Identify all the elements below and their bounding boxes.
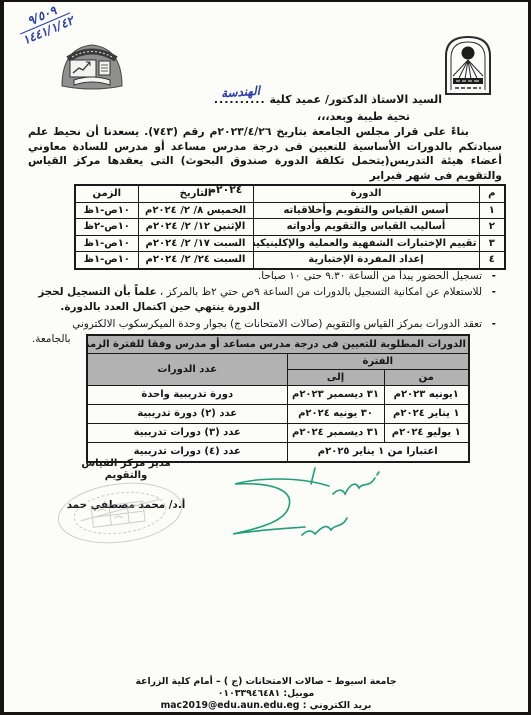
- cell-to: ٣١ ديسمبر ٢٠٢٤م: [287, 424, 384, 443]
- cell-to: ٣١ ديسمبر ٢٠٢٣م: [287, 386, 384, 405]
- note-text: للاستعلام عن امكانية التسجيل بالدورات من…: [38, 286, 482, 298]
- cell-course: تقييم الإختبارات الشفهية والعملية والإكل…: [253, 235, 479, 252]
- footer-email-address: mac2019@edu.aun.edu.eg: [161, 700, 300, 711]
- table-row: ١ يوليو ٢٠٢٤م ٣١ ديسمبر ٢٠٢٤م عدد (٣) دو…: [87, 424, 469, 443]
- cell-from: ١ يناير ٢٠٢٤م: [384, 405, 469, 424]
- cell-from: ١يونيه ٢٠٢٣م: [384, 386, 469, 405]
- handwritten-college-name: الهندسة: [220, 84, 260, 101]
- cell-date: الخميس ٨/ ٢/ ٢٠٢٤م: [138, 202, 253, 219]
- handwritten-signature: [197, 448, 477, 557]
- cell-course: إعداد المفردة الإختبارية: [253, 252, 479, 269]
- addressee-dotted-blank: .......... الهندسة: [214, 93, 266, 106]
- note-text-bold: علماً بأن التسجيل لحجز: [38, 286, 156, 298]
- cell-count: دورة تدريبية واحدة: [87, 386, 287, 405]
- required-courses-table: الدورات المطلوبة للتعيين فى درجة مدرس مس…: [86, 334, 470, 463]
- note-item: - للاستعلام عن امكانية التسجيل بالدورات …: [32, 285, 498, 315]
- table-row: ٣ تقييم الإختبارات الشفهية والعملية والإ…: [75, 235, 505, 252]
- table-row: ٢ أساليب القياس والتقويم وأدواته الإثنين…: [75, 219, 505, 236]
- cell-num: ٤: [479, 252, 505, 269]
- col-header-time: الزمن: [75, 185, 138, 202]
- university-logo-icon: [440, 32, 496, 102]
- paragraph-text: بناءً على قرار مجلس الجامعة بتاريخ ٢٠٢٣/…: [28, 125, 502, 182]
- footer-mobile: موبيل: ٠١٠٣٣٩٤٦٤٨١: [4, 688, 528, 700]
- table-row: ١ يناير ٢٠٢٤م ٣٠ يونيه ٢٠٢٤م عدد (٢) دور…: [87, 405, 469, 424]
- table-row: ١ أسس القياس والتقويم وأخلاقياته الخميس …: [75, 202, 505, 219]
- col-header-count: عدد الدورات: [87, 354, 287, 386]
- cell-num: ١: [479, 202, 505, 219]
- cell-time: ١٠ص-١ظ: [75, 235, 138, 252]
- cell-course: أساليب القياس والتقويم وأدواته: [253, 219, 479, 236]
- table-row: ٤ إعداد المفردة الإختبارية السبت ٢٤/ ٢/ …: [75, 252, 505, 269]
- col-header-course: الدورة: [253, 185, 479, 202]
- addressee-line: السيد الاستاذ الدكتور/ عميد كلية .......…: [214, 93, 442, 106]
- note-text-normal: للاستعلام عن امكانية التسجيل بالدورات من…: [157, 286, 482, 298]
- table-header-row: م الدورة التاريخ الزمن: [75, 185, 505, 202]
- cell-date: الإثنين ١٢/ ٢/ ٢٠٢٤م: [138, 219, 253, 236]
- note-item: - تسجيل الحضور يبدأ من الساعة ٩.٣٠ حتى ١…: [32, 269, 498, 284]
- note-text-bold-cont: الدورة ينتهي حين اكتمال العدد بالدورة.: [32, 300, 260, 315]
- cell-course: أسس القياس والتقويم وأخلاقياته: [253, 202, 479, 219]
- cell-count: عدد (٢) دورة تدريبية: [87, 405, 287, 424]
- cell-time: ١٠ص-١ظ: [75, 202, 138, 219]
- col-header-period: الفترة: [287, 354, 469, 370]
- dash-bullet: -: [492, 285, 496, 300]
- note-text: تسجيل الحضور يبدأ من الساعة ٩.٣٠ حتى ١٠ …: [258, 270, 482, 282]
- footer-address: جامعة اسيوط – صالات الامتحانات (ج ) – أم…: [4, 676, 528, 688]
- col-header-date: التاريخ: [138, 185, 253, 202]
- dash-bullet: -: [492, 317, 496, 332]
- table-title-row: الدورات المطلوبة للتعيين فى درجة مدرس مس…: [87, 335, 469, 354]
- greeting-line: تحية طيبة وبعد،،،: [317, 110, 410, 123]
- col-header-num: م: [479, 185, 505, 202]
- dash-bullet: -: [492, 269, 496, 284]
- footer-email-label: بريد الكتروني :: [303, 700, 372, 711]
- cell-count: عدد (٣) دورات تدريبية: [87, 424, 287, 443]
- cell-date: السبت ١٧/ ٢/ ٢٠٢٤م: [138, 235, 253, 252]
- addressee-text: السيد الاستاذ الدكتور/ عميد كلية: [270, 93, 442, 106]
- table-row: ١يونيه ٢٠٢٣م ٣١ ديسمبر ٢٠٢٣م دورة تدريبي…: [87, 386, 469, 405]
- cell-time: ١٠ص-٢ظ: [75, 219, 138, 236]
- courses-schedule-table: م الدورة التاريخ الزمن ١ أسس القياس والت…: [74, 184, 506, 270]
- table-header-row: الفترة عدد الدورات: [87, 354, 469, 370]
- note-text: تعقد الدورات بمركز القياس والتقويم (صالا…: [72, 318, 482, 330]
- scanned-letter-page: ٩/٥٠٩ ١٤٤١/١/٤٢ السيد الاستاذ: [4, 2, 528, 712]
- cell-from: ١ يوليو ٢٠٢٤م: [384, 424, 469, 443]
- footer-email-line: بريد الكتروني : mac2019@edu.aun.edu.eg: [4, 700, 528, 712]
- col-header-from: من: [384, 370, 469, 386]
- cell-to: ٣٠ يونيه ٢٠٢٤م: [287, 405, 384, 424]
- official-stamp-icon: [50, 474, 190, 556]
- col-header-to: إلى: [287, 370, 384, 386]
- measurement-center-logo-icon: [58, 40, 126, 96]
- cell-time: ١٠ص-١ظ: [75, 252, 138, 269]
- footer: جامعة اسيوط – صالات الامتحانات (ج ) – أم…: [4, 676, 528, 711]
- table-title: الدورات المطلوبة للتعيين فى درجة مدرس مس…: [87, 335, 469, 354]
- cell-num: ٣: [479, 235, 505, 252]
- cell-num: ٢: [479, 219, 505, 236]
- cell-date: السبت ٢٤/ ٢/ ٢٠٢٤م: [138, 252, 253, 269]
